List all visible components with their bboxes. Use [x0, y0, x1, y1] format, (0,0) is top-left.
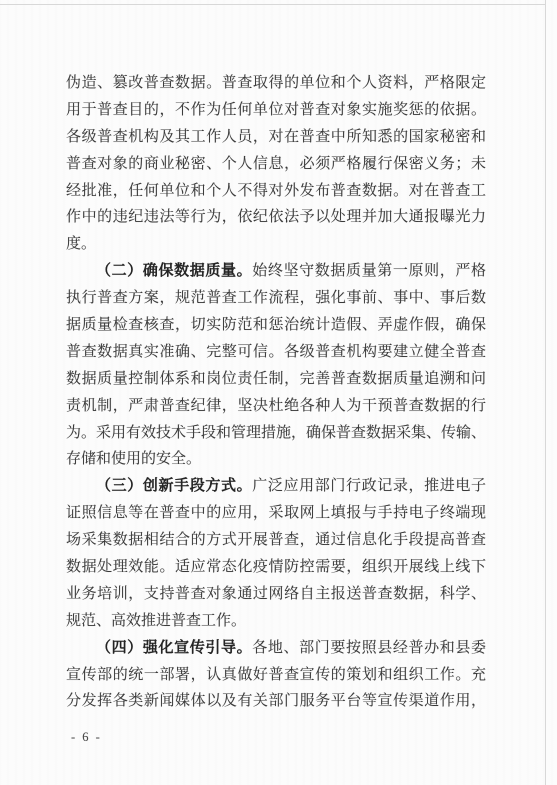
document-line: （三）创新手段方式。广泛应用部门行政记录，推进电子: [66, 473, 486, 500]
document-line: 伪造、篡改普查数据。普查取得的单位和个人资料，严格限定: [66, 70, 486, 97]
scan-edge-right-line: [545, 0, 546, 785]
document-page: 伪造、篡改普查数据。普查取得的单位和个人资料，严格限定用于普查目的，不作为任何单…: [0, 0, 557, 785]
document-line: 规范、高效推进普查工作。: [66, 608, 486, 635]
document-line: （四）强化宣传引导。各地、部门要按照县经普办和县委: [66, 635, 486, 662]
document-line: 普查对象的商业秘密、个人信息，必须严格履行保密义务；未: [66, 151, 486, 178]
document-line: 宣传部的统一部署，认真做好普查宣传的策划和组织工作。充: [66, 662, 486, 689]
document-line: 各级普查机构及其工作人员，对在普查中所知悉的国家秘密和: [66, 124, 486, 151]
document-line: 度。: [66, 231, 486, 258]
section-heading: （三）创新手段方式。: [96, 478, 252, 494]
document-line: 数据处理效能。适应常态化疫情防控需要，组织开展线上线下: [66, 554, 486, 581]
document-line: 存储和使用的安全。: [66, 446, 486, 473]
document-line: 场采集数据相结合的方式开展普查，通过信息化手段提高普查: [66, 527, 486, 554]
document-line: 用于普查目的，不作为任何单位对普查对象实施奖惩的依据。: [66, 97, 486, 124]
document-line: 为。采用有效技术手段和管理措施，确保普查数据采集、传输、: [66, 420, 486, 447]
document-line: 分发挥各类新闻媒体以及有关部门服务平台等宣传渠道作用，: [66, 688, 486, 715]
document-line: 业务培训，支持普查对象通过网络自主报送普查数据，科学、: [66, 581, 486, 608]
page-number: - 6 -: [71, 730, 102, 745]
document-line: 数据质量控制体系和岗位责任制，完善普查数据质量追溯和问: [66, 366, 486, 393]
document-line: 责机制，严肃普查纪律，坚决杜绝各种人为干预普查数据的行: [66, 393, 486, 420]
section-heading: （二）确保数据质量。: [96, 263, 252, 279]
document-line: （二）确保数据质量。始终坚守数据质量第一原则，严格: [66, 258, 486, 285]
document-line: 经批准，任何单位和个人不得对外发布普查数据。对在普查工: [66, 178, 486, 205]
document-body: 伪造、篡改普查数据。普查取得的单位和个人资料，严格限定用于普查目的，不作为任何单…: [66, 70, 486, 715]
section-heading: （四）强化宣传引导。: [96, 640, 252, 656]
scan-edge-top-line: [0, 4, 546, 5]
document-line: 据质量检查核查，切实防范和惩治统计造假、弄虚作假，确保: [66, 312, 486, 339]
document-line: 普查数据真实准确、完整可信。各级普查机构要建立健全普查: [66, 339, 486, 366]
document-line: 作中的违纪违法等行为，依纪依法予以处理并加大通报曝光力: [66, 204, 486, 231]
document-line: 证照信息等在普查中的应用，采取网上填报与手持电子终端现: [66, 500, 486, 527]
document-line: 执行普查方案，规范普查工作流程，强化事前、事中、事后数: [66, 285, 486, 312]
